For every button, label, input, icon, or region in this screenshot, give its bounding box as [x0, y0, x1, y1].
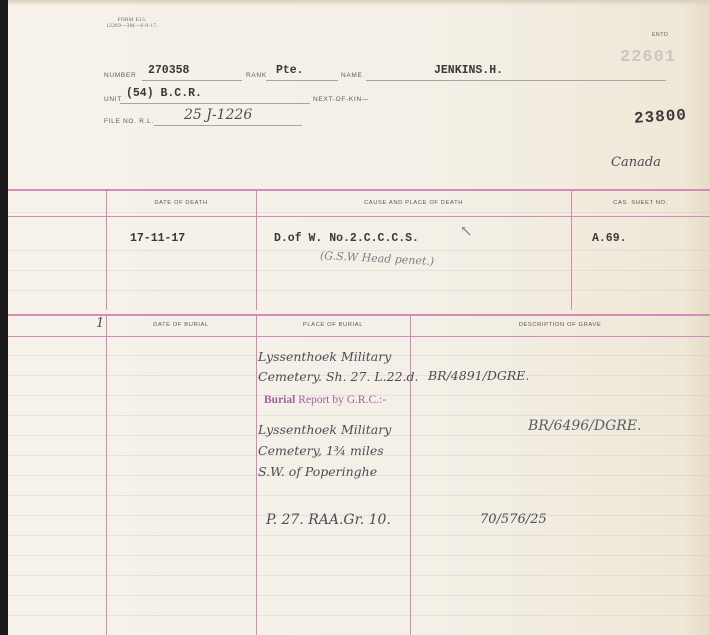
file-no-label: FILE NO. R.L. [104, 118, 154, 125]
margin-arrow-mark: ↖ [460, 222, 473, 240]
death-table-top-rule [8, 189, 710, 191]
burial-entry-3-place: P. 27. RAA.Gr. 10. [266, 512, 391, 528]
burial-table-header-rule [8, 336, 710, 337]
burial-entry-2-description: BR/6496/DGRE. [528, 418, 642, 434]
burial-entry-2-place: Lyssenthoek Military Cemetery, 1¾ miles … [258, 419, 391, 482]
name-value: JENKINS.H. [434, 64, 503, 77]
burial-table-top-rule [8, 314, 710, 316]
burial-entry-1-description: BR/4891/DGRE. [428, 368, 529, 383]
header-date-of-death: Date of Death [106, 200, 256, 206]
date-of-death-value: 17-11-17 [130, 232, 185, 245]
next-of-kin-label: NEXT-OF-KIN— [313, 96, 369, 103]
print-code: 12269—3M—6-9-17. [102, 23, 162, 29]
header-cas-sheet-no: Cas. Sheet No. [571, 200, 710, 206]
unit-label: UNIT [104, 96, 122, 103]
corner-label: Entd. [652, 32, 671, 38]
faint-stamp-number: 22601 [620, 48, 676, 67]
header-cause-place-of-death: Cause and Place of Death [256, 200, 571, 206]
death-table-header-rule [8, 216, 710, 217]
country-note: Canada [611, 155, 661, 170]
casualty-card: FORM E13. 12269—3M—6-9-17. Entd. 22601 2… [8, 0, 710, 635]
rank-label: RANK [246, 72, 267, 79]
number-value: 270358 [148, 64, 189, 77]
name-label: NAME [341, 72, 363, 79]
burial-margin-mark: 1 [96, 316, 104, 331]
burial-entry-3-description: 70/576/25 [480, 512, 547, 527]
burial-report-stamp: Burial Report by G.R.C.:- [264, 394, 386, 406]
header-place-of-burial: Place of Burial [256, 322, 410, 328]
number-label: NUMBER [104, 72, 136, 79]
unit-value: (54) B.C.R. [126, 87, 202, 100]
burial-entry-1-place: Lyssenthoek Military Cemetery. Sh. 27. L… [258, 347, 419, 387]
stamp-number: 23800 [633, 106, 687, 128]
form-identifier: FORM E13. 12269—3M—6-9-17. [102, 17, 162, 29]
cause-of-death-note: (G.S.W Head penet.) [320, 249, 435, 268]
header-description-of-grave: Description of Grave [410, 322, 710, 328]
file-no-value: 25 J-1226 [184, 107, 252, 123]
rank-value: Pte. [276, 64, 304, 77]
cause-of-death-value: D.of W. No.2.C.C.C.S. [274, 232, 419, 245]
header-date-of-burial: Date of Burial [106, 322, 256, 328]
cas-sheet-value: A.69. [592, 232, 627, 245]
